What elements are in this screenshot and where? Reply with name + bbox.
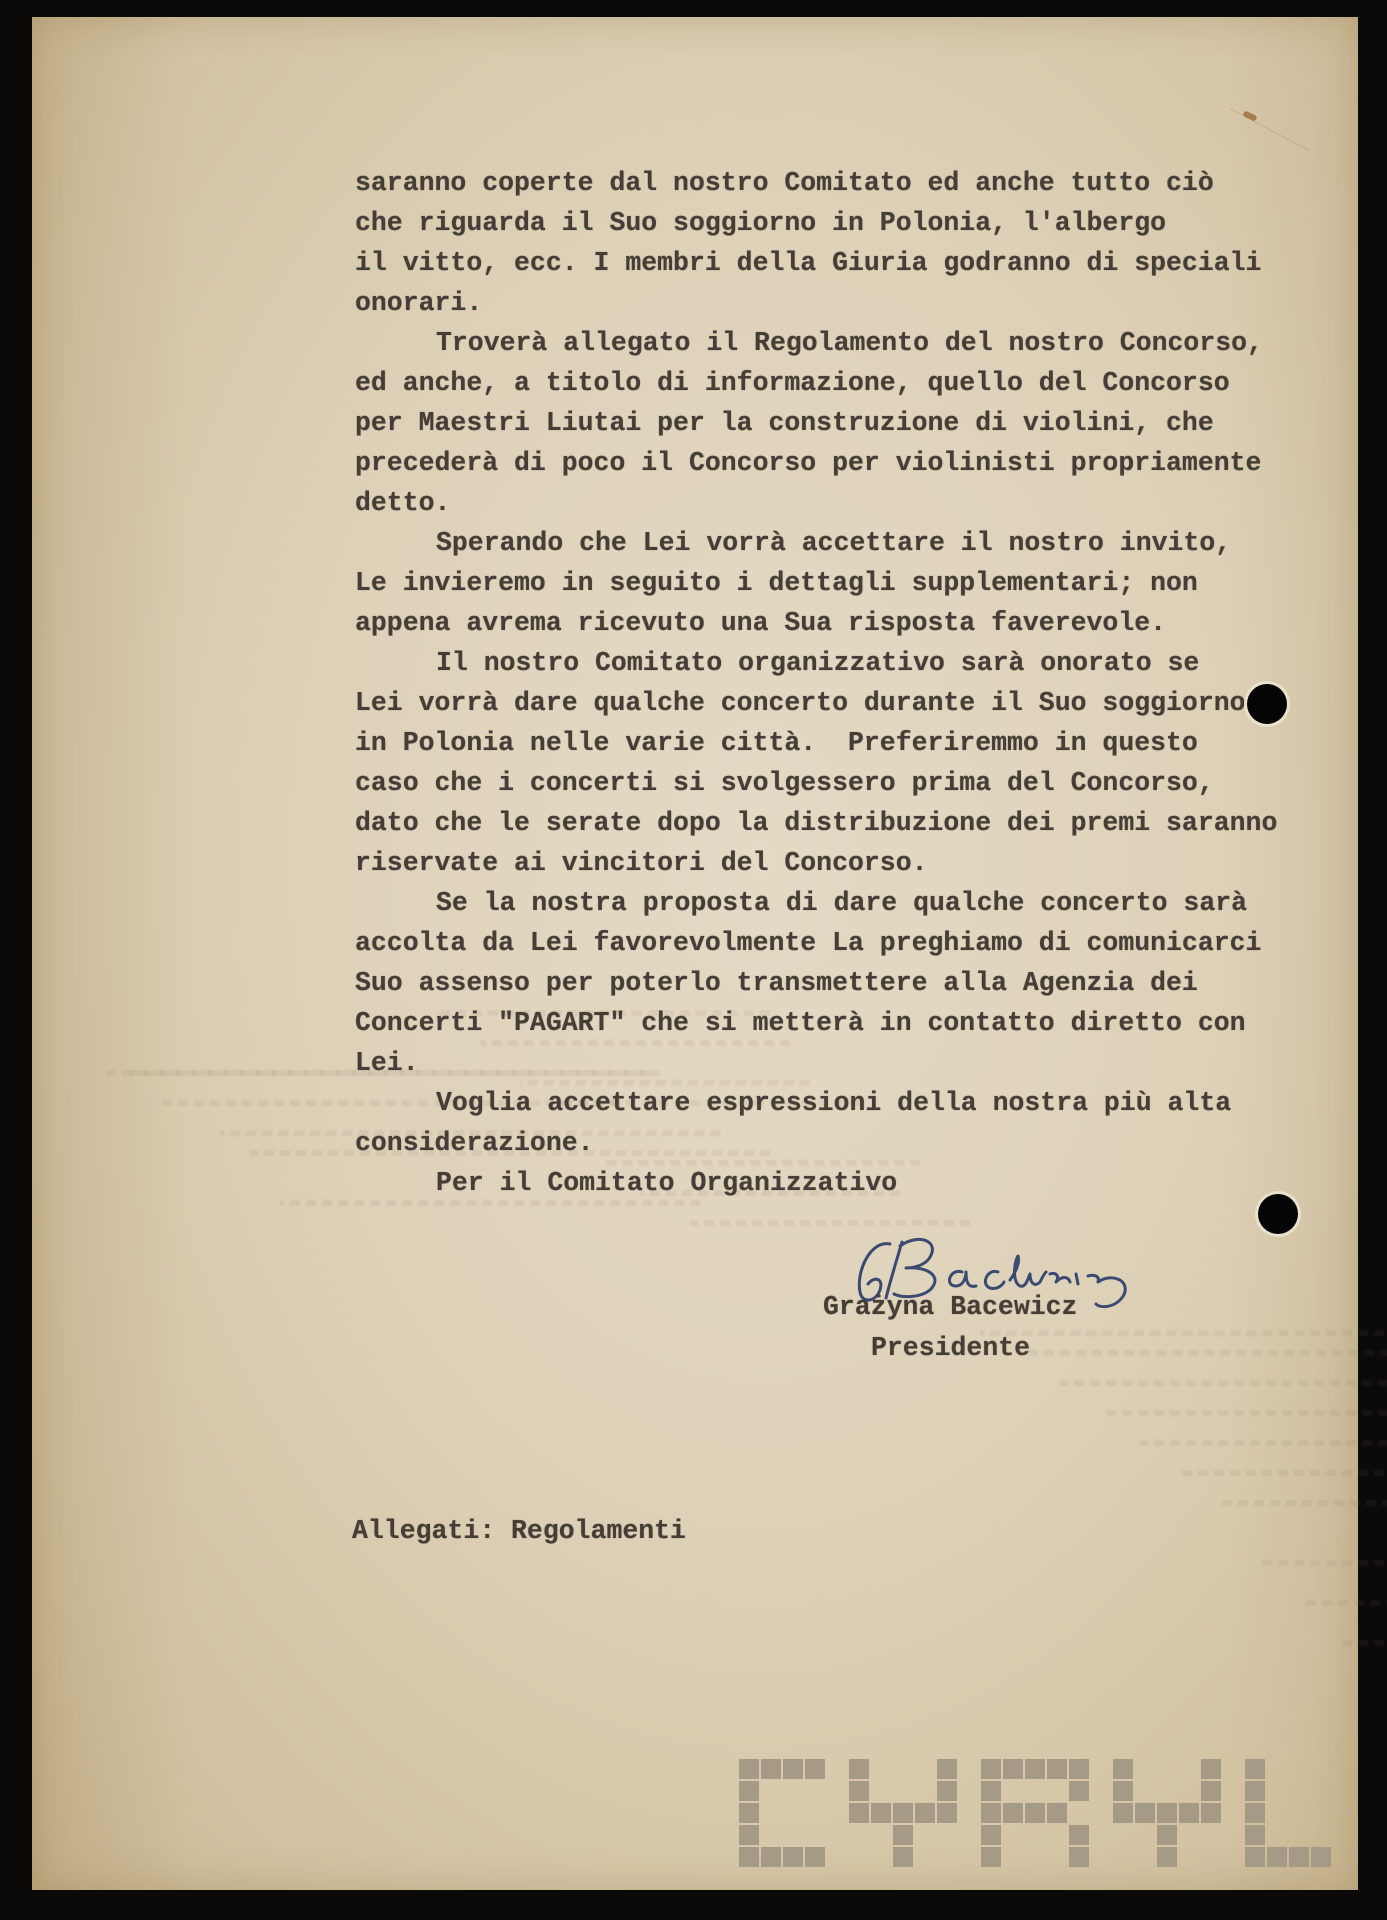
letter-line: ed anche, a titolo di informazione, quel…	[355, 363, 1230, 403]
letter-line: Lei.	[355, 1043, 419, 1083]
logo-block	[761, 1759, 781, 1779]
letter-line: Se la nostra proposta di dare qualche co…	[436, 883, 1247, 923]
enclosures-line: Allegati: Regolamenti	[352, 1511, 686, 1551]
logo-block	[1245, 1781, 1265, 1801]
letter-line: saranno coperte dal nostro Comitato ed a…	[355, 163, 1214, 203]
logo-block	[1245, 1825, 1265, 1845]
punch-hole-top	[1247, 684, 1287, 724]
letter-line: precederà di poco il Concorso per violin…	[355, 443, 1261, 483]
logo-block	[1245, 1803, 1265, 1823]
logo-block	[1157, 1803, 1177, 1823]
letter-line: Troverà allegato il Regolamento del nost…	[436, 323, 1263, 363]
logo-block	[893, 1825, 913, 1845]
letter-line: appena avrema ricevuto una Sua risposta …	[355, 603, 1166, 643]
show-through-line	[1140, 1440, 1387, 1446]
letter-line: in Polonia nelle varie città. Preferirem…	[355, 723, 1198, 763]
logo-block	[1135, 1803, 1155, 1823]
logo-block	[915, 1803, 935, 1823]
logo-block	[1289, 1847, 1309, 1867]
letter-line: dato che le serate dopo la distribuzione…	[355, 803, 1277, 843]
logo-block	[1157, 1847, 1177, 1867]
letter-line: accolta da Lei favorevolmente La preghia…	[355, 923, 1261, 963]
logo-block	[1113, 1759, 1133, 1779]
logo-block	[981, 1825, 1001, 1845]
show-through-line	[980, 1330, 1387, 1336]
letter-line: Le invieremo in seguito i dettagli suppl…	[355, 563, 1198, 603]
letter-line: riservate ai vincitori del Concorso.	[355, 843, 928, 883]
logo-block	[739, 1847, 759, 1867]
logo-block	[1025, 1759, 1045, 1779]
letter-line: considerazione.	[355, 1123, 594, 1163]
logo-block	[739, 1825, 759, 1845]
punch-hole-bottom	[1258, 1194, 1298, 1234]
logo-block	[1025, 1803, 1045, 1823]
logo-block	[1047, 1803, 1067, 1823]
logo-block	[871, 1803, 891, 1823]
logo-block	[1069, 1847, 1089, 1867]
show-through-line	[1340, 1640, 1387, 1646]
logo-block	[1113, 1781, 1133, 1801]
logo-block	[1245, 1847, 1265, 1867]
logo-block	[805, 1847, 825, 1867]
letter-line: Lei vorrà dare qualche concerto durante …	[355, 683, 1246, 723]
show-through-line	[1060, 1380, 1387, 1386]
letter-line: onorari.	[355, 283, 482, 323]
logo-block	[1069, 1781, 1089, 1801]
logo-block	[849, 1803, 869, 1823]
letter-line: per Maestri Liutai per la construzione d…	[355, 403, 1214, 443]
letter-line: Sperando che Lei vorrà accettare il nost…	[436, 523, 1231, 563]
show-through-line	[1300, 1600, 1387, 1606]
signatory-title: Presidente	[871, 1328, 1030, 1368]
letter-line: detto.	[355, 483, 450, 523]
letter-line: Per il Comitato Organizzativo	[436, 1163, 897, 1203]
logo-block	[1201, 1759, 1221, 1779]
logo-block	[783, 1847, 803, 1867]
logo-block	[937, 1803, 957, 1823]
logo-block	[1003, 1803, 1023, 1823]
logo-block	[1069, 1759, 1089, 1779]
logo-block	[1047, 1759, 1067, 1779]
logo-block	[739, 1803, 759, 1823]
logo-block	[1201, 1781, 1221, 1801]
letter-line: Voglia accettare espressioni della nostr…	[436, 1083, 1231, 1123]
show-through-line	[1180, 1470, 1387, 1476]
logo-block	[805, 1759, 825, 1779]
logo-block	[1069, 1825, 1089, 1845]
letter-line: Il nostro Comitato organizzativo sarà on…	[436, 643, 1199, 683]
logo-block	[1311, 1847, 1331, 1867]
logo-block	[981, 1759, 1001, 1779]
show-through-line	[1100, 1410, 1387, 1416]
show-through-line	[690, 1220, 970, 1226]
logo-block	[739, 1759, 759, 1779]
logo-block	[981, 1847, 1001, 1867]
letter-line: che riguarda il Suo soggiorno in Polonia…	[355, 203, 1166, 243]
logo-block	[1267, 1847, 1287, 1867]
show-through-line	[1020, 1350, 1387, 1356]
logo-block	[783, 1759, 803, 1779]
logo-block	[1179, 1803, 1199, 1823]
show-through-line	[1220, 1500, 1387, 1506]
logo-block	[1245, 1759, 1265, 1779]
logo-block	[1113, 1803, 1133, 1823]
logo-block	[761, 1847, 781, 1867]
letter-line: Concerti "PAGART" che si metterà in cont…	[355, 1003, 1246, 1043]
signatory-name: Grażyna Bacewicz	[823, 1287, 1077, 1327]
logo-block	[981, 1803, 1001, 1823]
logo-block	[739, 1781, 759, 1801]
logo-block	[937, 1759, 957, 1779]
logo-block	[1157, 1825, 1177, 1845]
logo-block	[893, 1803, 913, 1823]
show-through-line	[1260, 1560, 1387, 1566]
letter-line: il vitto, ecc. I membri della Giuria god…	[355, 243, 1261, 283]
logo-block	[849, 1759, 869, 1779]
logo-block	[849, 1781, 869, 1801]
logo-block	[1201, 1803, 1221, 1823]
letter-line: caso che i concerti si svolgessero prima…	[355, 763, 1214, 803]
logo-block	[893, 1847, 913, 1867]
logo-block	[937, 1781, 957, 1801]
logo-block	[981, 1781, 1001, 1801]
logo-block	[1003, 1759, 1023, 1779]
letter-line: Suo assenso per poterlo transmettere all…	[355, 963, 1198, 1003]
